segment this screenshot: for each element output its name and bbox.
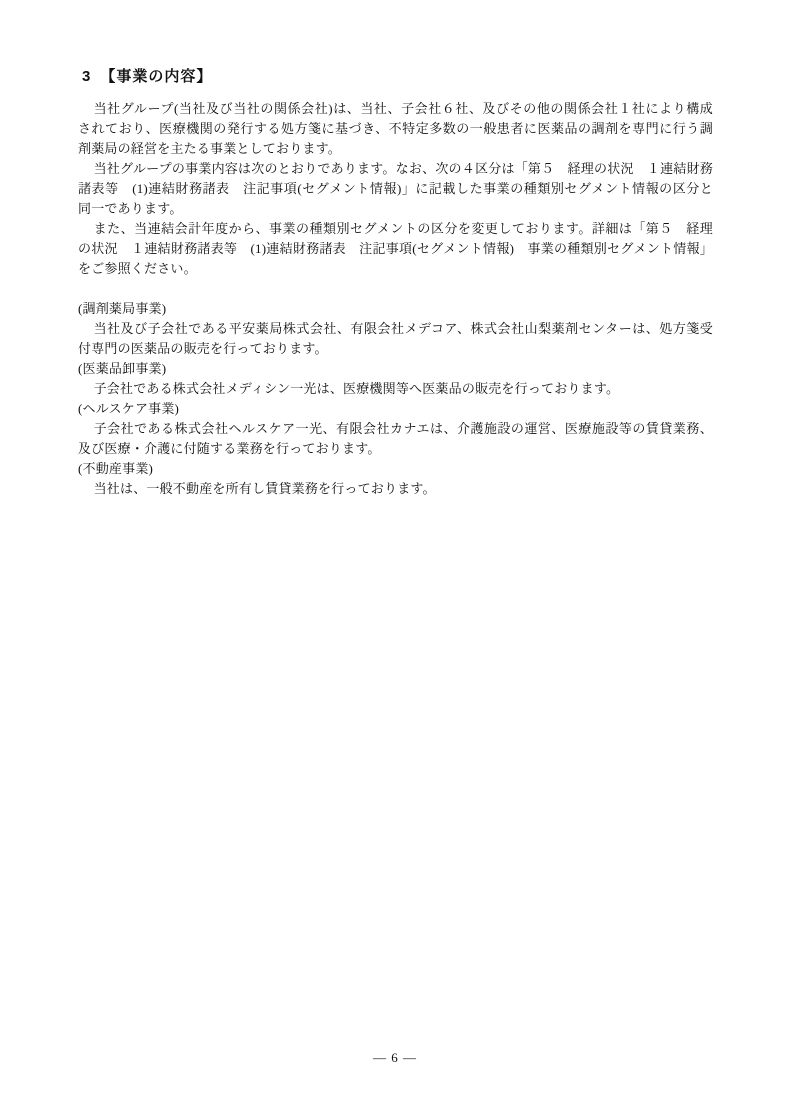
business-section: (調剤薬局事業)当社及び子会社である平安薬局株式会社、有限会社メデコア、株式会社… xyxy=(78,299,713,359)
paragraph: 子会社である株式会社ヘルスケア一光、有限会社カナエは、介護施設の運営、医療施設等… xyxy=(78,419,713,459)
text-line: 及び医療・介護に付随する業務を行っております。 xyxy=(78,439,713,459)
text-line: 当社グループの事業内容は次のとおりであります。なお、次の４区分は「第５ 経理の状… xyxy=(78,159,713,179)
business-section: (不動産事業)当社は、一般不動産を所有し賃貸業務を行っております。 xyxy=(78,459,713,499)
business-section: (ヘルスケア事業)子会社である株式会社ヘルスケア一光、有限会社カナエは、介護施設… xyxy=(78,399,713,459)
text-line: の状況 １連結財務諸表等 (1)連結財務諸表 注記事項(セグメント情報) 事業の… xyxy=(78,239,713,259)
heading-title: 【事業の内容】 xyxy=(100,68,212,85)
business-section-heading: (不動産事業) xyxy=(78,459,713,479)
paragraph: また、当連結会計年度から、事業の種類別セグメントの区分を変更しております。詳細は… xyxy=(78,219,713,279)
text-line: 当社は、一般不動産を所有し賃貸業務を行っております。 xyxy=(78,479,713,499)
text-line: 同一であります。 xyxy=(78,199,713,219)
document-heading: 3【事業の内容】 xyxy=(82,68,713,86)
text-line: 子会社である株式会社ヘルスケア一光、有限会社カナエは、介護施設の運営、医療施設等… xyxy=(78,419,713,439)
text-line: 付専門の医薬品の販売を行っております。 xyxy=(78,339,713,359)
text-line: 当社グループ(当社及び当社の関係会社)は、当社、子会社６社、及びその他の関係会社… xyxy=(78,99,713,119)
document-content: 3【事業の内容】 当社グループ(当社及び当社の関係会社)は、当社、子会社６社、及… xyxy=(78,68,713,499)
page-footer: ― 6 ― xyxy=(0,1048,790,1068)
text-line: をご参照ください。 xyxy=(78,259,713,279)
paragraph: 当社グループの事業内容は次のとおりであります。なお、次の４区分は「第５ 経理の状… xyxy=(78,159,713,219)
document-page: 3【事業の内容】 当社グループ(当社及び当社の関係会社)は、当社、子会社６社、及… xyxy=(0,0,790,1118)
text-line: 子会社である株式会社メディシン一光は、医療機関等へ医薬品の販売を行っております。 xyxy=(78,379,713,399)
text-line: 当社及び子会社である平安薬局株式会社、有限会社メデコア、株式会社山梨薬剤センター… xyxy=(78,319,713,339)
business-sections: (調剤薬局事業)当社及び子会社である平安薬局株式会社、有限会社メデコア、株式会社… xyxy=(78,299,713,499)
paragraph: 当社は、一般不動産を所有し賃貸業務を行っております。 xyxy=(78,479,713,499)
text-line: されており、医療機関の発行する処方箋に基づき、不特定多数の一般患者に医薬品の調剤… xyxy=(78,119,713,139)
business-section-heading: (医薬品卸事業) xyxy=(78,359,713,379)
page-number: ― 6 ― xyxy=(373,1050,417,1065)
text-line: また、当連結会計年度から、事業の種類別セグメントの区分を変更しております。詳細は… xyxy=(78,219,713,239)
business-section-heading: (ヘルスケア事業) xyxy=(78,399,713,419)
business-section-heading: (調剤薬局事業) xyxy=(78,299,713,319)
text-line: 剤薬局の経営を主たる事業としております。 xyxy=(78,139,713,159)
paragraph: 子会社である株式会社メディシン一光は、医療機関等へ医薬品の販売を行っております。 xyxy=(78,379,713,399)
intro-paragraphs: 当社グループ(当社及び当社の関係会社)は、当社、子会社６社、及びその他の関係会社… xyxy=(78,99,713,279)
business-section: (医薬品卸事業)子会社である株式会社メディシン一光は、医療機関等へ医薬品の販売を… xyxy=(78,359,713,399)
paragraph: 当社グループ(当社及び当社の関係会社)は、当社、子会社６社、及びその他の関係会社… xyxy=(78,99,713,159)
text-line: 諸表等 (1)連結財務諸表 注記事項(セグメント情報)」に記載した事業の種類別セ… xyxy=(78,179,713,199)
paragraph: 当社及び子会社である平安薬局株式会社、有限会社メデコア、株式会社山梨薬剤センター… xyxy=(78,319,713,359)
heading-number: 3 xyxy=(82,68,91,86)
